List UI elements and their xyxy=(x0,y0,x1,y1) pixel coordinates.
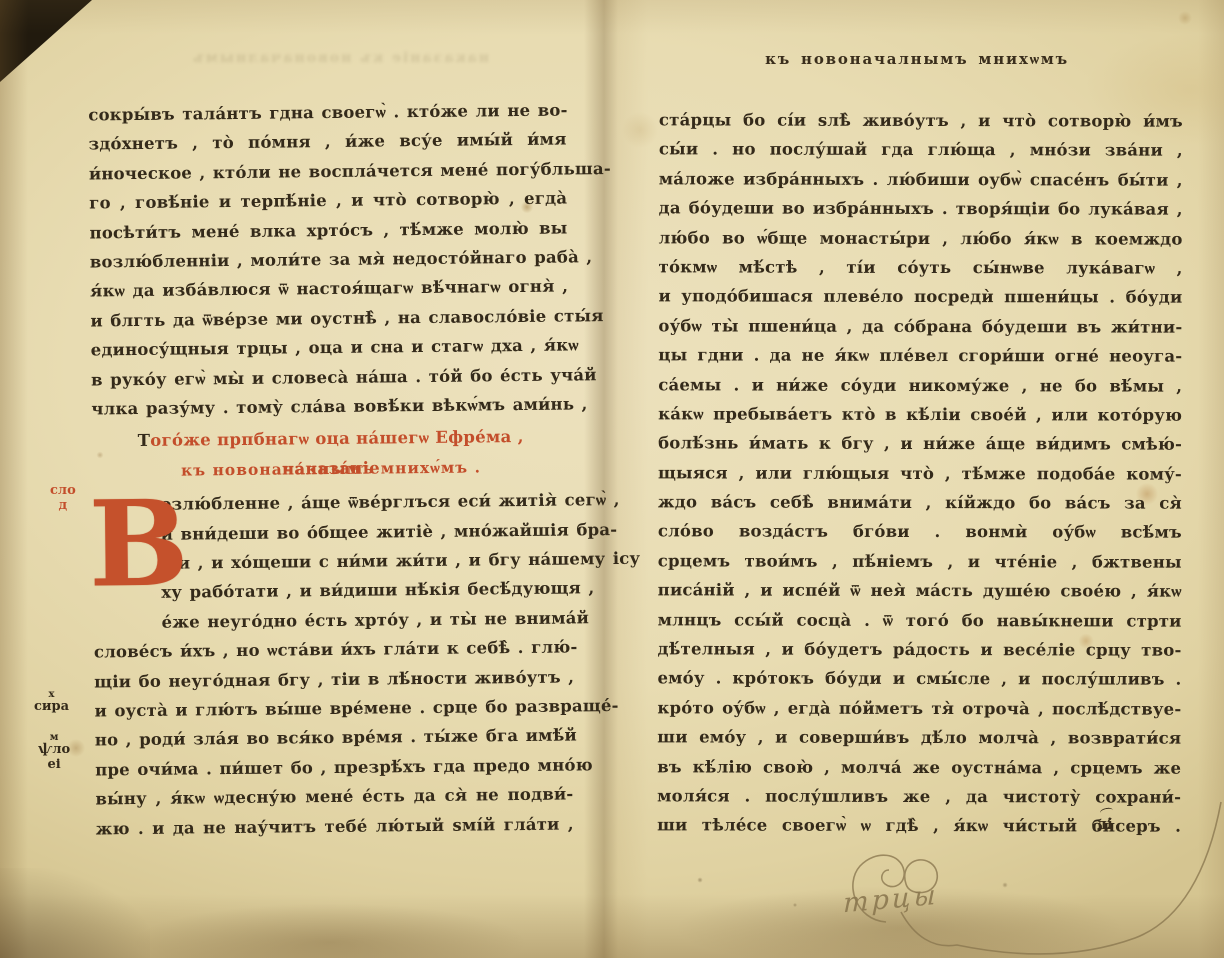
body-line: болѣ́знь и́мать к бгу , и ни́же а́ще ви́… xyxy=(658,429,1182,460)
book-photo: наказаніе къ новоначалнымъ сокры́въ тала… xyxy=(0,0,1224,958)
body-line: ста́рцы бо сі́и ѕлѣ̀ живо́утъ , и что̀ с… xyxy=(659,105,1183,136)
body-line: но , роди́ зла́я во вся́ко вре́мя . ты́ж… xyxy=(95,721,573,755)
body-line: здо́хнетъ , то̀ по́мня , и́же всу́е имы́… xyxy=(88,125,566,159)
body-line: сло́во возда́стъ бго́ви . вонмѝ оу́бѡ вс… xyxy=(658,517,1182,548)
body-line: оу́бѡ ты̀ пшени́ца , да со́брана бо́удеш… xyxy=(658,311,1182,342)
body-line: то́кмѡ мѣ́стѣ , ті́и со́уть сы́нѡве лука… xyxy=(659,252,1183,283)
body-line: я́кѡ да изба́влюся ѿ настоя́щагѡ вѣ́чнаг… xyxy=(90,272,568,306)
folio-number: ді xyxy=(1097,815,1113,833)
body-line: ка́кѡ пребыва́етъ кто̀ в кѣ́ліи свое́й ,… xyxy=(658,399,1182,430)
body-line: да бо́удеши во избра́нныхъ . творя́щіи б… xyxy=(659,193,1183,224)
body-line: млнцъ ссы́й сосца̀ . ѿ того́ бо навы́кне… xyxy=(658,605,1182,636)
body-line: щыяся , или глю́щыя что̀ , тѣ́мже подоба… xyxy=(658,458,1182,489)
body-line: сы́и . но послу́шай гда глю́ща , мно́зи … xyxy=(659,135,1183,166)
margin-note-psalm: мѱлоеі xyxy=(38,733,70,772)
heading-initial: Т xyxy=(138,431,151,450)
body-line: слове́съ и́хъ , но ѡста́ви и́хъ гла́ти к… xyxy=(94,633,572,667)
body-line: ма́ложе избра́нныхъ . лю́биши оубѡ̀ спас… xyxy=(659,164,1183,195)
body-line: единосу́щныя трцы , оца и сна и стагѡ дх… xyxy=(91,331,569,365)
body-line: емо́у . кро́токъ бо́уди и смы́сле , и по… xyxy=(657,664,1181,695)
body-line: писа́ній , и испе́й ѿ нея̀ ма́сть душе́ю… xyxy=(658,576,1182,607)
rubric-heading-line-1: Того́же прпбнагѡ оца на́шегѡ Ефре́ма , н… xyxy=(92,422,570,457)
margin-note-sirach: хсира xyxy=(34,690,69,714)
body-line: лю́бо во ѡ́бще монасты́ри , лю́бо я́кѡ в… xyxy=(659,223,1183,254)
left-page-text-block: сокры́въ тала́нтъ гдна своегѡ̀ . кто́же … xyxy=(88,96,574,844)
left-page-lower-paragraph: В озлю́бленне , а́ще ѿве́рглъся еси́ жит… xyxy=(92,486,574,844)
margin-note-rubric: слод xyxy=(50,483,76,513)
body-line: моля́ся . послу́шливъ же , да чистоту̀ с… xyxy=(657,781,1181,812)
body-line: члка разу́му . тому̀ сла́ва вовѣ́ки вѣкѡ… xyxy=(91,389,569,423)
body-line: цы гдни . да не я́кѡ пле́вел сгори́ши ог… xyxy=(658,340,1182,371)
ornate-drop-cap: В xyxy=(88,480,189,609)
body-line: ждо ва́съ себѣ̀ внима́ти , кі́йждо бо ва… xyxy=(658,487,1182,518)
body-line: вы́ну , я́кѡ ѡдесну́ю мене́ е́сть да ся̀… xyxy=(95,780,573,814)
body-line: жю . и да не нау́читъ тебе́ лю́тый ѕмі́й… xyxy=(96,809,574,843)
right-page-text-block: ста́рцы бо сі́и ѕлѣ̀ живо́утъ , и что̀ с… xyxy=(657,105,1183,841)
left-page-bleedthrough-text: наказаніе къ новоначалнымъ xyxy=(150,50,530,66)
body-line: кро́то оу́бѡ , егда̀ по́йметъ тя̀ отроча… xyxy=(657,693,1181,724)
running-head: къ новоначалнымъ мнихѡмъ xyxy=(655,50,1179,69)
left-page-upper-paragraph: сокры́въ тала́нтъ гдна своегѡ̀ . кто́же … xyxy=(88,96,569,424)
body-line: срцемъ твои́мъ , пѣ́ніемъ , и чте́ніе , … xyxy=(658,546,1182,577)
body-line: ши емо́у , и соверши́въ дѣ́ло молча̀ , в… xyxy=(657,723,1181,754)
body-line: го , говѣ́ніе и терпѣ́ніе , и что̀ сотво… xyxy=(89,184,567,218)
body-line: и уподо́бишася плеве́ло посредѝ пшени́цы… xyxy=(658,282,1182,313)
body-line: дѣ́телныя , и бо́удетъ ра́дость и весе́л… xyxy=(658,634,1182,665)
body-line: въ кѣ́лію свою̀ , молча́ же оустна́ма , … xyxy=(657,752,1181,783)
body-line: са́емы . и ни́же со́уди никому́же , не б… xyxy=(658,370,1182,401)
